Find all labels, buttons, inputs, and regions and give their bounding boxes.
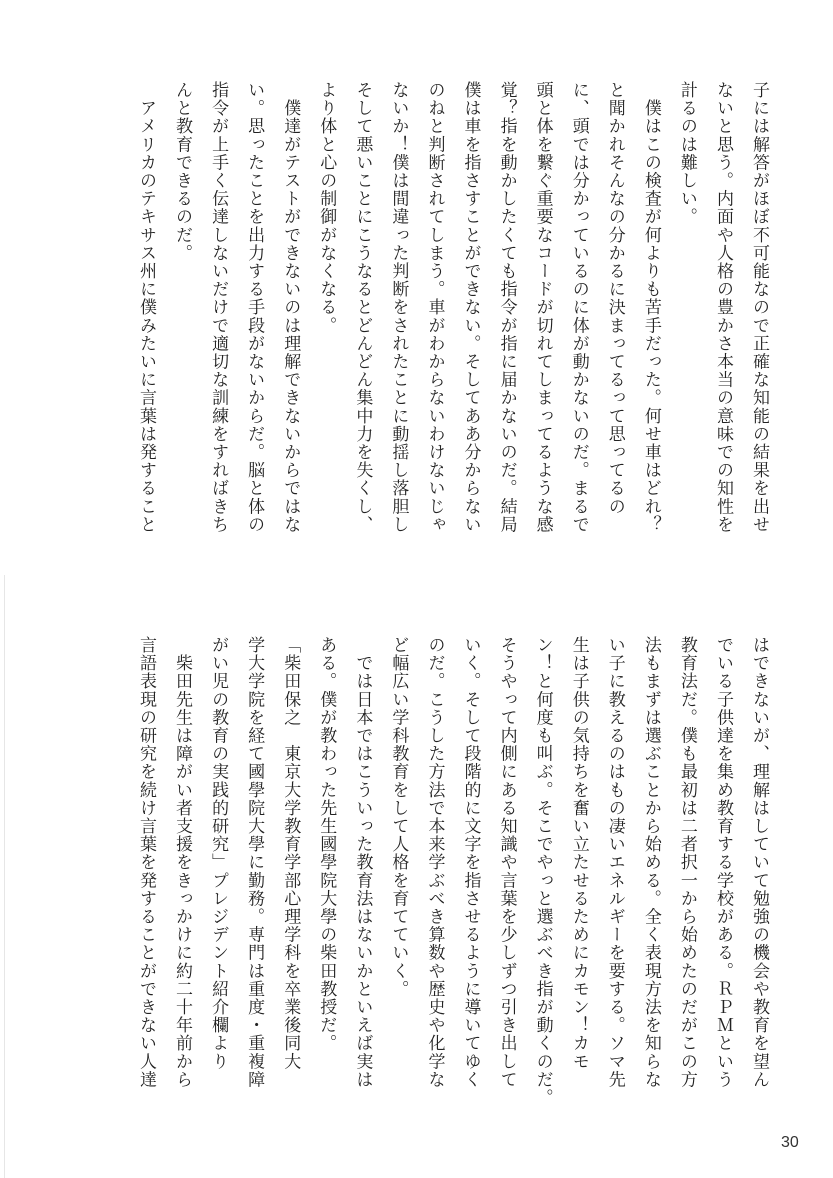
text-column: 頭と体を繋ぐ重要なコードが切れてしまってるような感 [525, 81, 561, 571]
text-column: い子に教えるのはもの凄いエネルギーを要する。ソマ先 [597, 636, 633, 1126]
text-column: 僕はこの検査が何よりも苦手だった。何せ車はどれ？ [633, 81, 669, 571]
text-column: 法もまずは選ぶことから始める。全く表現方法を知らな [633, 636, 669, 1126]
text-column: のだ。こうした方法で本来学ぶべき算数や歴史や化学な [416, 636, 452, 1126]
text-column: 学大学院を経て國學院大學に勤務。専門は重度・重複障 [236, 636, 272, 1126]
text-column: では日本ではこういった教育法はないかといえば実は [344, 636, 380, 1126]
text-column: い。思ったことを出力する手段がないからだ。脳と体の [236, 81, 272, 571]
text-column: のねと判断されてしまう。車がわからないわけないじゃ [416, 81, 452, 571]
text-column: 教育法だ。僕も最初は二者択一から始めたのだがこの方 [669, 636, 705, 1126]
text-column: そして悪いことにこうなるとどんどん集中力を失くし、 [344, 81, 380, 571]
text-column: 柴田先生は障がい者支援をきっかけに約二十年前から [164, 636, 200, 1126]
text-column: 僕達がテストができないのは理解できないからではな [272, 81, 308, 571]
text-column: ないと思う。内面や人格の豊かさ本当の意味での知性を [705, 81, 741, 571]
text-column: 計るのは難しい。 [669, 81, 705, 571]
text-column: ど幅広い学科教育をして人格を育てていく。 [380, 636, 416, 1126]
text-column: 子には解答がほぼ不可能なので正確な知能の結果を出せ [741, 81, 777, 571]
text-column: より体と心の制御がなくなる。 [308, 81, 344, 571]
text-column: 僕は車を指さすことができない。そしてああ分からない [452, 81, 488, 571]
text-block-bottom: はできないが、理解はしていて勉強の機会や教育を望ん でいる子供達を集め教育する学… [127, 636, 777, 1126]
text-column: 「柴田保之 東京大学教育学部心理学科を卒業後同大 [272, 636, 308, 1126]
text-column: 覚？指を動かしたくても指令が指に届かないのだ。結局 [489, 81, 525, 571]
book-page: 子には解答がほぼ不可能なので正確な知能の結果を出せ ないと思う。内面や人格の豊か… [0, 0, 833, 1178]
text-column: ある。僕が教わった先生國學院大學の柴田教授だ。 [308, 636, 344, 1126]
text-column: ないか！僕は間違った判断をされたことに動揺し落胆し [380, 81, 416, 571]
text-column: 言語表現の研究を続け言葉を発することができない人達 [128, 636, 164, 1126]
text-column: と聞かれそんなの分かるに決まってるって思ってるの [597, 81, 633, 571]
text-block-top: 子には解答がほぼ不可能なので正確な知能の結果を出せ ないと思う。内面や人格の豊か… [127, 81, 777, 571]
text-column: に、頭では分かっているのに体が動かないのだ。まるで [561, 81, 597, 571]
text-column: 生は子供の気持ちを奮い立たせるためにカモン！カモ [561, 636, 597, 1126]
scan-edge-line [4, 575, 5, 1178]
text-column: そうやって内側にある知識や言葉を少しずつ引き出して [489, 636, 525, 1126]
text-column: ン！と何度も叫ぶ。そこでやっと選ぶべき指が動くのだ。 [525, 636, 561, 1126]
text-column: 指令が上手く伝達しないだけで適切な訓練をすればきち [200, 81, 236, 571]
text-column: いく。そして段階的に文字を指させるように導いてゆく [452, 636, 488, 1126]
text-column: がい児の教育の実践的研究」プレジデント紹介欄より [200, 636, 236, 1126]
page-number: 30 [781, 1134, 799, 1152]
text-column: アメリカのテキサス州に僕みたいに言葉は発すること [128, 81, 164, 571]
text-column: んと教育できるのだ。 [164, 81, 200, 571]
text-column: はできないが、理解はしていて勉強の機会や教育を望ん [741, 636, 777, 1126]
text-column: でいる子供達を集め教育する学校がある。ＲＰＭという [705, 636, 741, 1126]
